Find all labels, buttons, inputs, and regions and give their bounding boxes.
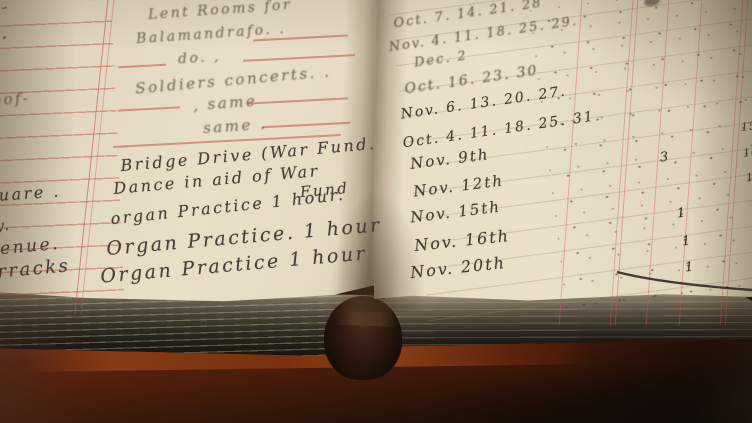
handwritten-entry: do. , [177, 49, 221, 68]
edge-number: 15 [740, 119, 752, 134]
margin-word: oof- [0, 89, 31, 109]
edge-number: 1 [745, 171, 752, 185]
tally-mark: 1 [676, 205, 688, 221]
ledger-book-photo: oof- quare . y. venue. arracks Lent Room… [0, 0, 752, 423]
ink-mark [3, 36, 6, 39]
ink-curve-line [616, 270, 752, 294]
tally-mark: 3 [659, 149, 671, 165]
tally-mark: 1 [681, 233, 693, 249]
edge-number: 16 [742, 145, 752, 160]
margin-word: y. [0, 217, 12, 234]
